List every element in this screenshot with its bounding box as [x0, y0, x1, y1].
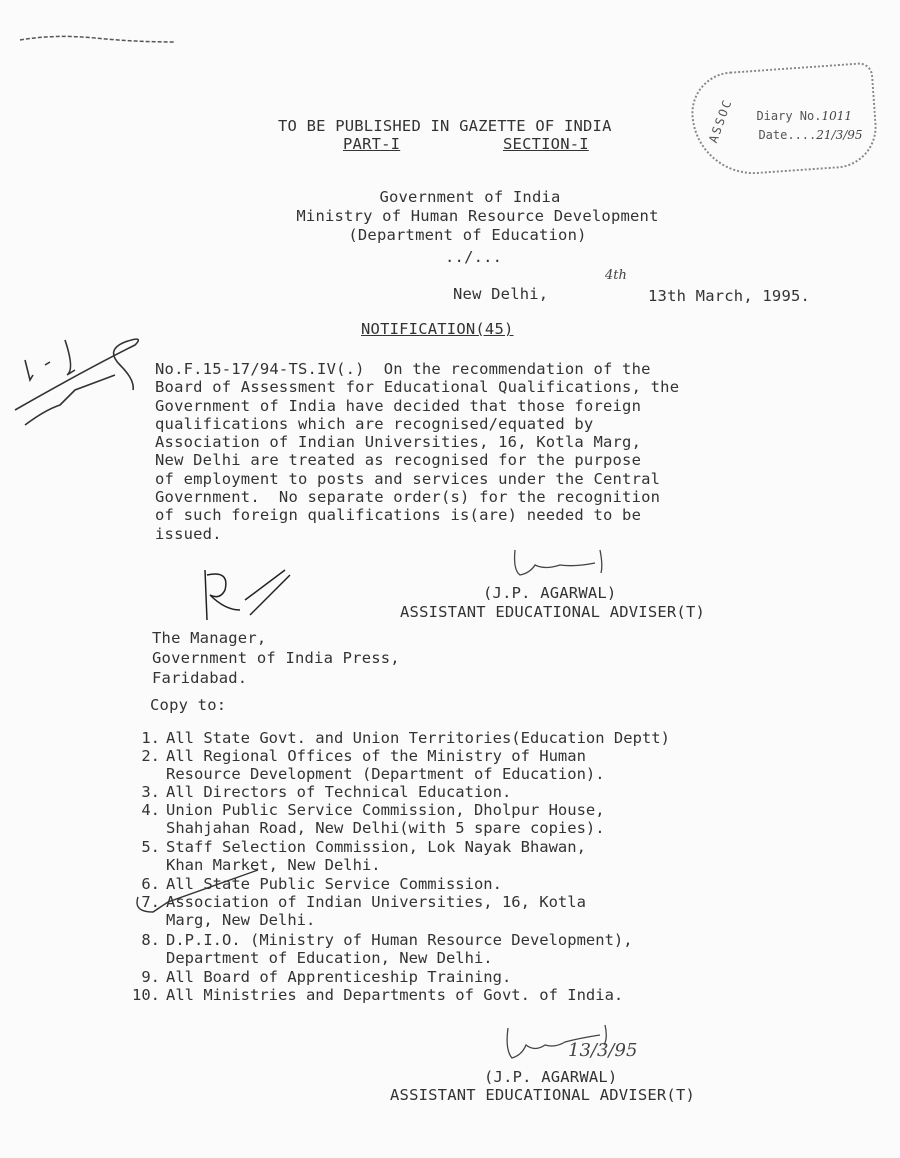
handwritten-day: 4th	[605, 268, 627, 283]
tick-mark	[128, 862, 268, 922]
copy-item-4-cont: Shahjahan Road, New Delhi(with 5 spare c…	[100, 819, 605, 837]
copy-item-9: 9.All Board of Apprenticeship Training.	[100, 968, 511, 986]
body-line: Government of India have decided that th…	[155, 397, 679, 415]
body-line: qualifications which are recognised/equa…	[155, 415, 679, 433]
body-line: No.F.15-17/94-TS.IV(.) On the recommenda…	[155, 360, 679, 378]
stamp-date-row: Date....21/3/95	[744, 114, 863, 142]
copy-item-8: 8.D.P.I.O. (Ministry of Human Resource D…	[100, 931, 633, 949]
addressee-line: Government of India Press,	[152, 648, 400, 668]
place-line: New Delhi,	[453, 285, 548, 303]
copy-item-2-cont: Resource Development (Department of Educ…	[100, 765, 605, 783]
initials-signature	[195, 565, 295, 625]
stamp-date-value: 21/3/95	[816, 128, 862, 142]
margin-signature	[5, 320, 155, 430]
stamp-date-label: Date	[758, 128, 787, 142]
copy-to-label: Copy to:	[150, 696, 226, 714]
signatory-name-1: (J.P. AGARWAL)	[483, 584, 616, 602]
notification-title: NOTIFICATION(45)	[361, 320, 514, 338]
notification-body: No.F.15-17/94-TS.IV(.) On the recommenda…	[155, 360, 679, 543]
copy-item-1: 1.All State Govt. and Union Territories(…	[100, 729, 670, 747]
handwritten-sign-date: 13/3/95	[568, 1040, 637, 1061]
gazette-part: PART-I	[343, 135, 400, 153]
addressee-block: The Manager, Government of India Press, …	[152, 628, 400, 688]
body-line: Board of Assessment for Educational Qual…	[155, 378, 679, 396]
org-ministry: Ministry of Human Resource Development	[0, 207, 900, 225]
copy-item-5: 5.Staff Selection Commission, Lok Nayak …	[100, 838, 586, 856]
body-line: of such foreign qualifications is(are) n…	[155, 506, 679, 524]
signatory-name-2: (J.P. AGARWAL)	[484, 1068, 617, 1086]
signatory-title-2: ASSISTANT EDUCATIONAL ADVISER(T)	[390, 1086, 695, 1104]
body-line: Association of Indian Universities, 16, …	[155, 433, 679, 451]
copy-item-2: 2.All Regional Offices of the Ministry o…	[100, 747, 586, 765]
signature-scribble-1	[505, 545, 625, 585]
body-line: of employment to posts and services unde…	[155, 470, 679, 488]
copy-item-4: 4.Union Public Service Commission, Dholp…	[100, 801, 605, 819]
signatory-title-1: ASSISTANT EDUCATIONAL ADVISER(T)	[400, 603, 705, 621]
org-department: (Department of Education)	[0, 226, 900, 244]
gazette-section: SECTION-I	[503, 135, 589, 153]
addressee-line: The Manager,	[152, 628, 400, 648]
issue-date: 13th March, 1995.	[648, 287, 810, 305]
copy-item-8-cont: Department of Education, New Delhi.	[100, 949, 493, 967]
addressee-line: Faridabad.	[152, 668, 400, 688]
body-line: Government. No separate order(s) for the…	[155, 488, 679, 506]
copy-item-3: 3.All Directors of Technical Education.	[100, 783, 511, 801]
body-line: issued.	[155, 525, 679, 543]
gazette-publish-line: TO BE PUBLISHED IN GAZETTE OF INDIA	[278, 117, 612, 135]
org-government: Government of India	[0, 188, 900, 206]
copy-item-10: 10.All Ministries and Departments of Gov…	[100, 986, 623, 1004]
header-separator: ../...	[445, 248, 502, 266]
body-line: New Delhi are treated as recognised for …	[155, 451, 679, 469]
top-scribble-mark	[15, 30, 195, 50]
